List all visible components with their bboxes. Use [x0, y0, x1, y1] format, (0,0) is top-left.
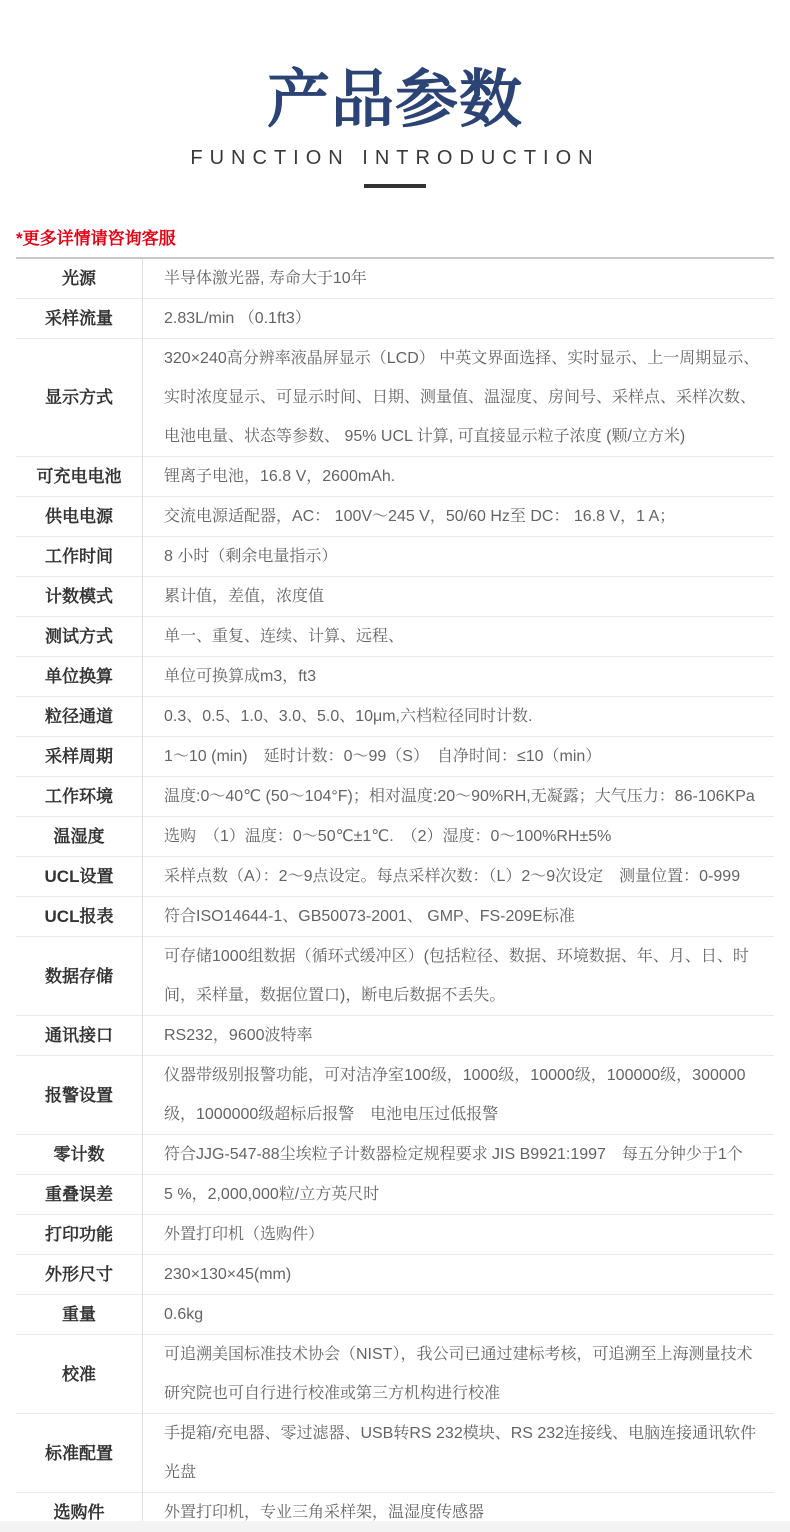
spec-label: 可充电电池: [16, 457, 143, 497]
page-header: 产品参数 FUNCTION INTRODUCTION: [0, 0, 790, 188]
spec-value: 2.83L/min （0.1ft3）: [143, 299, 775, 339]
spec-value: 选购 （1）温度：0～50℃±1℃. （2）湿度：0～100%RH±5%: [143, 817, 775, 857]
table-row: 粒径通道 0.3、0.5、1.0、3.0、5.0、10μm,六档粒径同时计数.: [16, 697, 774, 737]
table-row: 工作环境 温度:0～40℃ (50～104°F)；相对温度:20～90%RH,无…: [16, 777, 774, 817]
spec-value: 交流电源适配器，AC： 100V～245 V，50/60 Hz至 DC： 16.…: [143, 497, 775, 537]
spec-label: 外形尺寸: [16, 1255, 143, 1295]
spec-value: 仪器带级别报警功能，可对洁净室100级，1000级，10000级，100000级…: [143, 1056, 775, 1135]
table-row: 外形尺寸 230×130×45(mm): [16, 1255, 774, 1295]
spec-value: 符合ISO14644-1、GB50073-2001、 GMP、FS-209E标准: [143, 897, 775, 937]
footer-bar: [0, 1521, 790, 1532]
table-row: 计数模式 累计值，差值，浓度值: [16, 577, 774, 617]
table-row: 通讯接口 RS232，9600波特率: [16, 1016, 774, 1056]
spec-value: 单一、重复、连续、计算、远程、: [143, 617, 775, 657]
spec-label: 工作环境: [16, 777, 143, 817]
spec-label: 计数模式: [16, 577, 143, 617]
table-row: 数据存储 可存储1000组数据（循环式缓冲区）(包括粒径、数据、环境数据、年、月…: [16, 937, 774, 1016]
spec-value: 符合JJG-547-88尘埃粒子计数器检定规程要求 JIS B9921:1997…: [143, 1135, 775, 1175]
spec-label: 光源: [16, 258, 143, 299]
spec-value: 5 %，2,000,000粒/立方英尺时: [143, 1175, 775, 1215]
spec-value: 8 小时（剩余电量指示）: [143, 537, 775, 577]
table-row: 光源 半导体激光器, 寿命大于10年: [16, 258, 774, 299]
table-row: 单位换算 单位可换算成m3，ft3: [16, 657, 774, 697]
spec-value: 外置打印机（选购件）: [143, 1215, 775, 1255]
spec-value: 320×240高分辨率液晶屏显示（LCD） 中英文界面选择、实时显示、上一周期显…: [143, 339, 775, 457]
spec-value: 累计值，差值，浓度值: [143, 577, 775, 617]
spec-label: 采样流量: [16, 299, 143, 339]
spec-label: 标准配置: [16, 1414, 143, 1493]
spec-value: 可存储1000组数据（循环式缓冲区）(包括粒径、数据、环境数据、年、月、日、时间…: [143, 937, 775, 1016]
spec-table: 光源 半导体激光器, 寿命大于10年 采样流量 2.83L/min （0.1ft…: [16, 257, 774, 1532]
spec-value: 0.3、0.5、1.0、3.0、5.0、10μm,六档粒径同时计数.: [143, 697, 775, 737]
table-row: 供电电源 交流电源适配器，AC： 100V～245 V，50/60 Hz至 DC…: [16, 497, 774, 537]
spec-value: 温度:0～40℃ (50～104°F)；相对温度:20～90%RH,无凝露；大气…: [143, 777, 775, 817]
spec-label: 通讯接口: [16, 1016, 143, 1056]
spec-label: 粒径通道: [16, 697, 143, 737]
spec-label: 数据存储: [16, 937, 143, 1016]
spec-value: 锂离子电池，16.8 V，2600mAh.: [143, 457, 775, 497]
table-row: 零计数 符合JJG-547-88尘埃粒子计数器检定规程要求 JIS B9921:…: [16, 1135, 774, 1175]
table-row: 工作时间 8 小时（剩余电量指示）: [16, 537, 774, 577]
spec-label: UCL报表: [16, 897, 143, 937]
product-spec-page: 产品参数 FUNCTION INTRODUCTION *更多详情请咨询客服 光源…: [0, 0, 790, 1532]
table-row: UCL报表 符合ISO14644-1、GB50073-2001、 GMP、FS-…: [16, 897, 774, 937]
spec-label: 重叠误差: [16, 1175, 143, 1215]
spec-value: 0.6kg: [143, 1295, 775, 1335]
spec-label: 零计数: [16, 1135, 143, 1175]
spec-value: 半导体激光器, 寿命大于10年: [143, 258, 775, 299]
table-row: 打印功能 外置打印机（选购件）: [16, 1215, 774, 1255]
table-row: 测试方式 单一、重复、连续、计算、远程、: [16, 617, 774, 657]
spec-value: 可追溯美国标准技术协会（NIST），我公司已通过建标考核，可追溯至上海测量技术研…: [143, 1335, 775, 1414]
spec-label: 测试方式: [16, 617, 143, 657]
spec-label: 单位换算: [16, 657, 143, 697]
table-row: 采样流量 2.83L/min （0.1ft3）: [16, 299, 774, 339]
table-row: 可充电电池 锂离子电池，16.8 V，2600mAh.: [16, 457, 774, 497]
customer-service-note: *更多详情请咨询客服: [16, 224, 774, 249]
spec-value: 1～10 (min) 延时计数：0～99（S） 自净时间：≤10（min）: [143, 737, 775, 777]
spec-value: 230×130×45(mm): [143, 1255, 775, 1295]
table-row: 标准配置 手提箱/充电器、零过滤器、USB转RS 232模块、RS 232连接线…: [16, 1414, 774, 1493]
spec-value: 手提箱/充电器、零过滤器、USB转RS 232模块、RS 232连接线、电脑连接…: [143, 1414, 775, 1493]
table-row: 校准 可追溯美国标准技术协会（NIST），我公司已通过建标考核，可追溯至上海测量…: [16, 1335, 774, 1414]
spec-label: 温湿度: [16, 817, 143, 857]
title-underline: [364, 184, 426, 188]
table-row: 显示方式 320×240高分辨率液晶屏显示（LCD） 中英文界面选择、实时显示、…: [16, 339, 774, 457]
spec-label: 报警设置: [16, 1056, 143, 1135]
spec-label: 工作时间: [16, 537, 143, 577]
page-subtitle: FUNCTION INTRODUCTION: [0, 147, 790, 170]
table-row: 温湿度 选购 （1）温度：0～50℃±1℃. （2）湿度：0～100%RH±5%: [16, 817, 774, 857]
table-row: 报警设置 仪器带级别报警功能，可对洁净室100级，1000级，10000级，10…: [16, 1056, 774, 1135]
spec-label: 采样周期: [16, 737, 143, 777]
table-row: 重叠误差 5 %，2,000,000粒/立方英尺时: [16, 1175, 774, 1215]
spec-value: RS232，9600波特率: [143, 1016, 775, 1056]
spec-value: 采样点数（A）：2～9点设定。每点采样次数：（L）2～9次设定 测量位置：0-9…: [143, 857, 775, 897]
spec-table-body: 光源 半导体激光器, 寿命大于10年 采样流量 2.83L/min （0.1ft…: [16, 258, 774, 1532]
table-row: UCL设置 采样点数（A）：2～9点设定。每点采样次数：（L）2～9次设定 测量…: [16, 857, 774, 897]
spec-label: 校准: [16, 1335, 143, 1414]
spec-label: UCL设置: [16, 857, 143, 897]
spec-label: 重量: [16, 1295, 143, 1335]
table-row: 采样周期 1～10 (min) 延时计数：0～99（S） 自净时间：≤10（mi…: [16, 737, 774, 777]
spec-label: 供电电源: [16, 497, 143, 537]
table-row: 重量 0.6kg: [16, 1295, 774, 1335]
spec-label: 打印功能: [16, 1215, 143, 1255]
spec-label: 显示方式: [16, 339, 143, 457]
page-title: 产品参数: [0, 66, 790, 135]
spec-value: 单位可换算成m3，ft3: [143, 657, 775, 697]
